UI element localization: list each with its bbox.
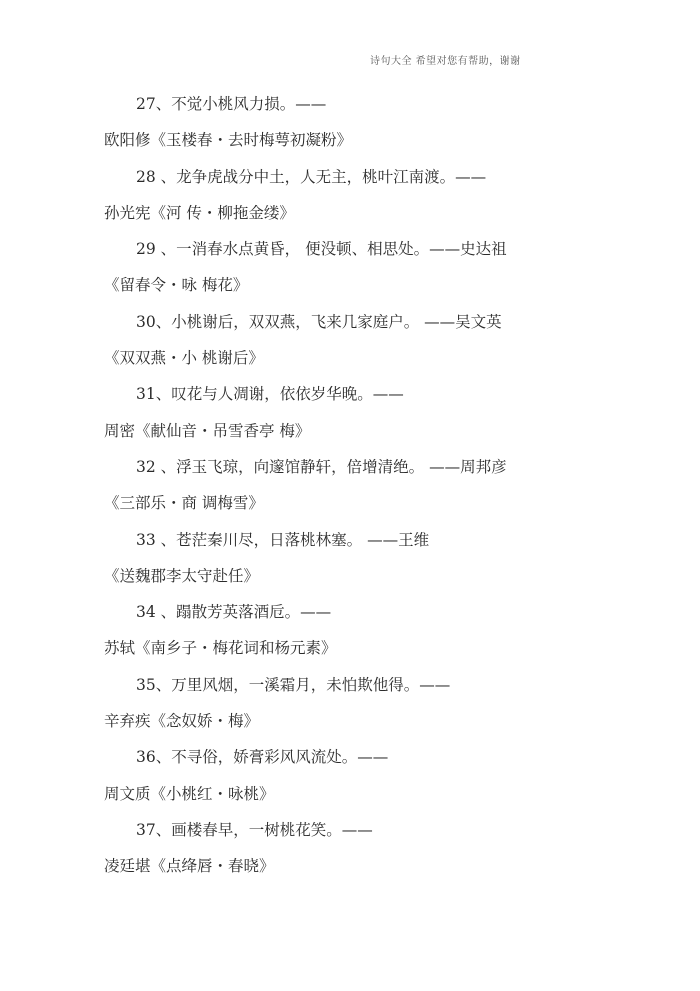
entry-33: 33 、苍茫秦川尽，日落桃林塞。 ——王维 《送魏郡李太守赴任》 bbox=[104, 522, 594, 595]
quote-line: 33 、苍茫秦川尽，日落桃林塞。 ——王维 bbox=[104, 522, 594, 558]
source-line: 《双双燕・小 桃谢后》 bbox=[104, 340, 594, 376]
quote-line: 31、叹花与人凋谢，依依岁华晚。—— bbox=[104, 376, 594, 412]
source-line: 苏轼《南乡子・梅花词和杨元素》 bbox=[104, 630, 594, 666]
quote-line: 34 、蹋散芳英落酒卮。—— bbox=[104, 594, 594, 630]
poem-quote-list: 27、不觉小桃风力损。—— 欧阳修《玉楼春・去时梅萼初凝粉》 28 、龙争虎战分… bbox=[104, 86, 594, 885]
entry-27: 27、不觉小桃风力损。—— 欧阳修《玉楼春・去时梅萼初凝粉》 bbox=[104, 86, 594, 159]
entry-34: 34 、蹋散芳英落酒卮。—— 苏轼《南乡子・梅花词和杨元素》 bbox=[104, 594, 594, 667]
quote-line: 36、不寻俗，娇膏彩风风流处。—— bbox=[104, 739, 594, 775]
quote-line: 32 、浮玉飞琼，向邃馆静轩，倍增清绝。 ——周邦彦 bbox=[104, 449, 594, 485]
quote-line: 27、不觉小桃风力损。—— bbox=[104, 86, 594, 122]
source-line: 周文质《小桃红・咏桃》 bbox=[104, 776, 594, 812]
entry-31: 31、叹花与人凋谢，依依岁华晚。—— 周密《献仙音・吊雪香亭 梅》 bbox=[104, 376, 594, 449]
source-line: 《三部乐・商 调梅雪》 bbox=[104, 485, 594, 521]
source-line: 《送魏郡李太守赴任》 bbox=[104, 558, 594, 594]
quote-line: 30、小桃谢后，双双燕，飞来几家庭户。 ——吴文英 bbox=[104, 304, 594, 340]
entry-36: 36、不寻俗，娇膏彩风风流处。—— 周文质《小桃红・咏桃》 bbox=[104, 739, 594, 812]
entry-28: 28 、龙争虎战分中土，人无主，桃叶江南渡。—— 孙光宪《河 传・柳拖金缕》 bbox=[104, 159, 594, 232]
source-line: 孙光宪《河 传・柳拖金缕》 bbox=[104, 195, 594, 231]
entry-29: 29 、一消春水点黄昏， 便没顿、相思处。——史达祖 《留春令・咏 梅花》 bbox=[104, 231, 594, 304]
quote-line: 29 、一消春水点黄昏， 便没顿、相思处。——史达祖 bbox=[104, 231, 594, 267]
quote-line: 37、画楼春早，一树桃花笑。—— bbox=[104, 812, 594, 848]
source-line: 《留春令・咏 梅花》 bbox=[104, 267, 594, 303]
source-line: 周密《献仙音・吊雪香亭 梅》 bbox=[104, 413, 594, 449]
entry-35: 35、万里风烟，一溪霜月，未怕欺他得。—— 辛弃疾《念奴娇・梅》 bbox=[104, 667, 594, 740]
source-line: 辛弃疾《念奴娇・梅》 bbox=[104, 703, 594, 739]
source-line: 欧阳修《玉楼春・去时梅萼初凝粉》 bbox=[104, 122, 594, 158]
quote-line: 35、万里风烟，一溪霜月，未怕欺他得。—— bbox=[104, 667, 594, 703]
entry-37: 37、画楼春早，一树桃花笑。—— 凌廷堪《点绛唇・春晓》 bbox=[104, 812, 594, 885]
quote-line: 28 、龙争虎战分中土，人无主，桃叶江南渡。—— bbox=[104, 159, 594, 195]
entry-30: 30、小桃谢后，双双燕，飞来几家庭户。 ——吴文英 《双双燕・小 桃谢后》 bbox=[104, 304, 594, 377]
page-header-note: 诗句大全 希望对您有帮助，谢谢 bbox=[370, 52, 521, 67]
entry-32: 32 、浮玉飞琼，向邃馆静轩，倍增清绝。 ——周邦彦 《三部乐・商 调梅雪》 bbox=[104, 449, 594, 522]
source-line: 凌廷堪《点绛唇・春晓》 bbox=[104, 848, 594, 884]
